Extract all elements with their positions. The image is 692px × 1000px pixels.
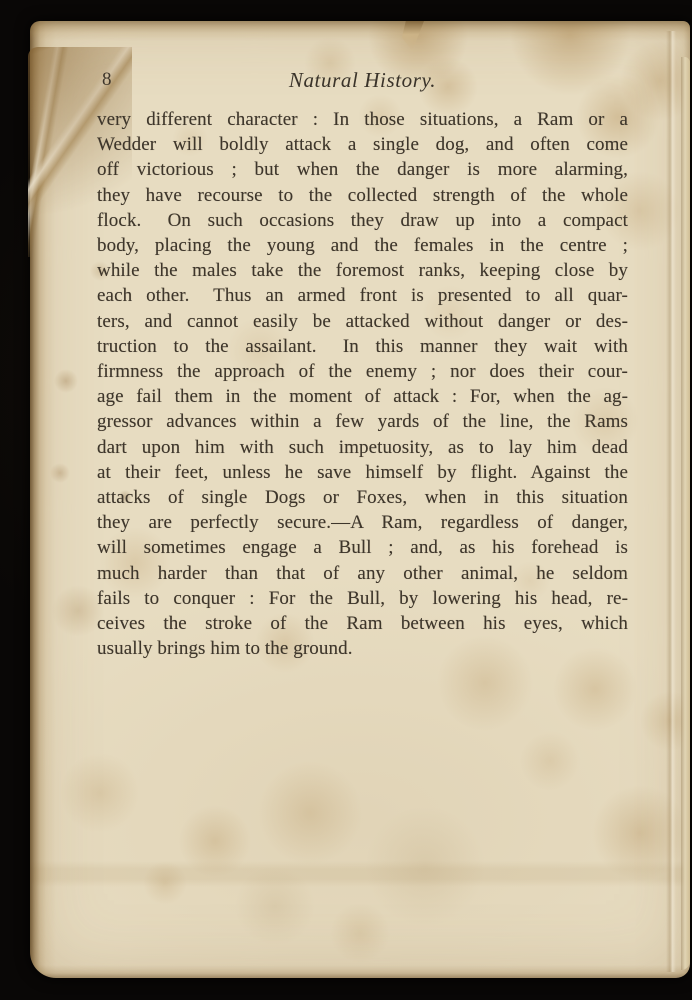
- text-line: will sometimes engage a Bull ; and, as h…: [97, 535, 628, 560]
- text-line: age fail them in the moment of attack : …: [97, 384, 628, 409]
- text-line: ters, and cannot easily be attacked with…: [97, 309, 628, 334]
- text-line: fails to conquer : For the Bull, by lowe…: [97, 586, 628, 611]
- text-line: flock. On such occasions they draw up in…: [97, 208, 628, 233]
- body-text: very different character : In those situ…: [97, 107, 628, 661]
- photo-background: 8 Natural History. very different charac…: [0, 0, 692, 1000]
- text-line: each other. Thus an armed front is prese…: [97, 283, 628, 308]
- book-page: 8 Natural History. very different charac…: [30, 21, 690, 978]
- text-line: very different character : In those situ…: [97, 107, 628, 132]
- text-line: they have recourse to the collected stre…: [97, 183, 628, 208]
- text-line: body, placing the young and the females …: [97, 233, 628, 258]
- text-line: gressor advances within a few yards of t…: [97, 409, 628, 434]
- text-line: Wedder will boldly attack a single dog, …: [97, 132, 628, 157]
- text-line: they are perfectly secure.—A Ram, regard…: [97, 510, 628, 535]
- text-line: truction to the assailant. In this manne…: [97, 334, 628, 359]
- text-line: dart upon him with such impetuosity, as …: [97, 435, 628, 460]
- next-page-edge: [681, 57, 690, 970]
- text-line: off victorious ; but when the danger is …: [97, 157, 628, 182]
- text-line: ceives the stroke of the Ram between his…: [97, 611, 628, 636]
- text-line: much harder than that of any other anima…: [97, 561, 628, 586]
- running-head-row: 8 Natural History.: [97, 68, 628, 94]
- text-line: while the males take the foremost ranks,…: [97, 258, 628, 283]
- text-line: firmness the approach of the enemy ; nor…: [97, 359, 628, 384]
- right-fold-crease: [666, 31, 676, 972]
- text-line: attacks of single Dogs or Foxes, when in…: [97, 485, 628, 510]
- text-line: usually brings him to the ground.: [97, 636, 628, 661]
- top-edge-tear: [398, 21, 424, 51]
- text-line: at their feet, unless he save himself by…: [97, 460, 628, 485]
- running-header: Natural History.: [97, 68, 628, 93]
- page-number: 8: [102, 69, 112, 91]
